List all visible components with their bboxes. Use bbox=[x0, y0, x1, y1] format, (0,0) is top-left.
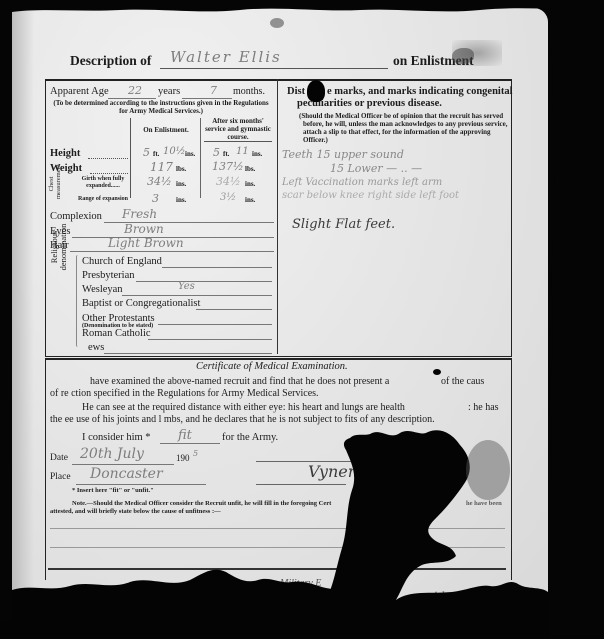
paper-damage bbox=[0, 0, 604, 639]
